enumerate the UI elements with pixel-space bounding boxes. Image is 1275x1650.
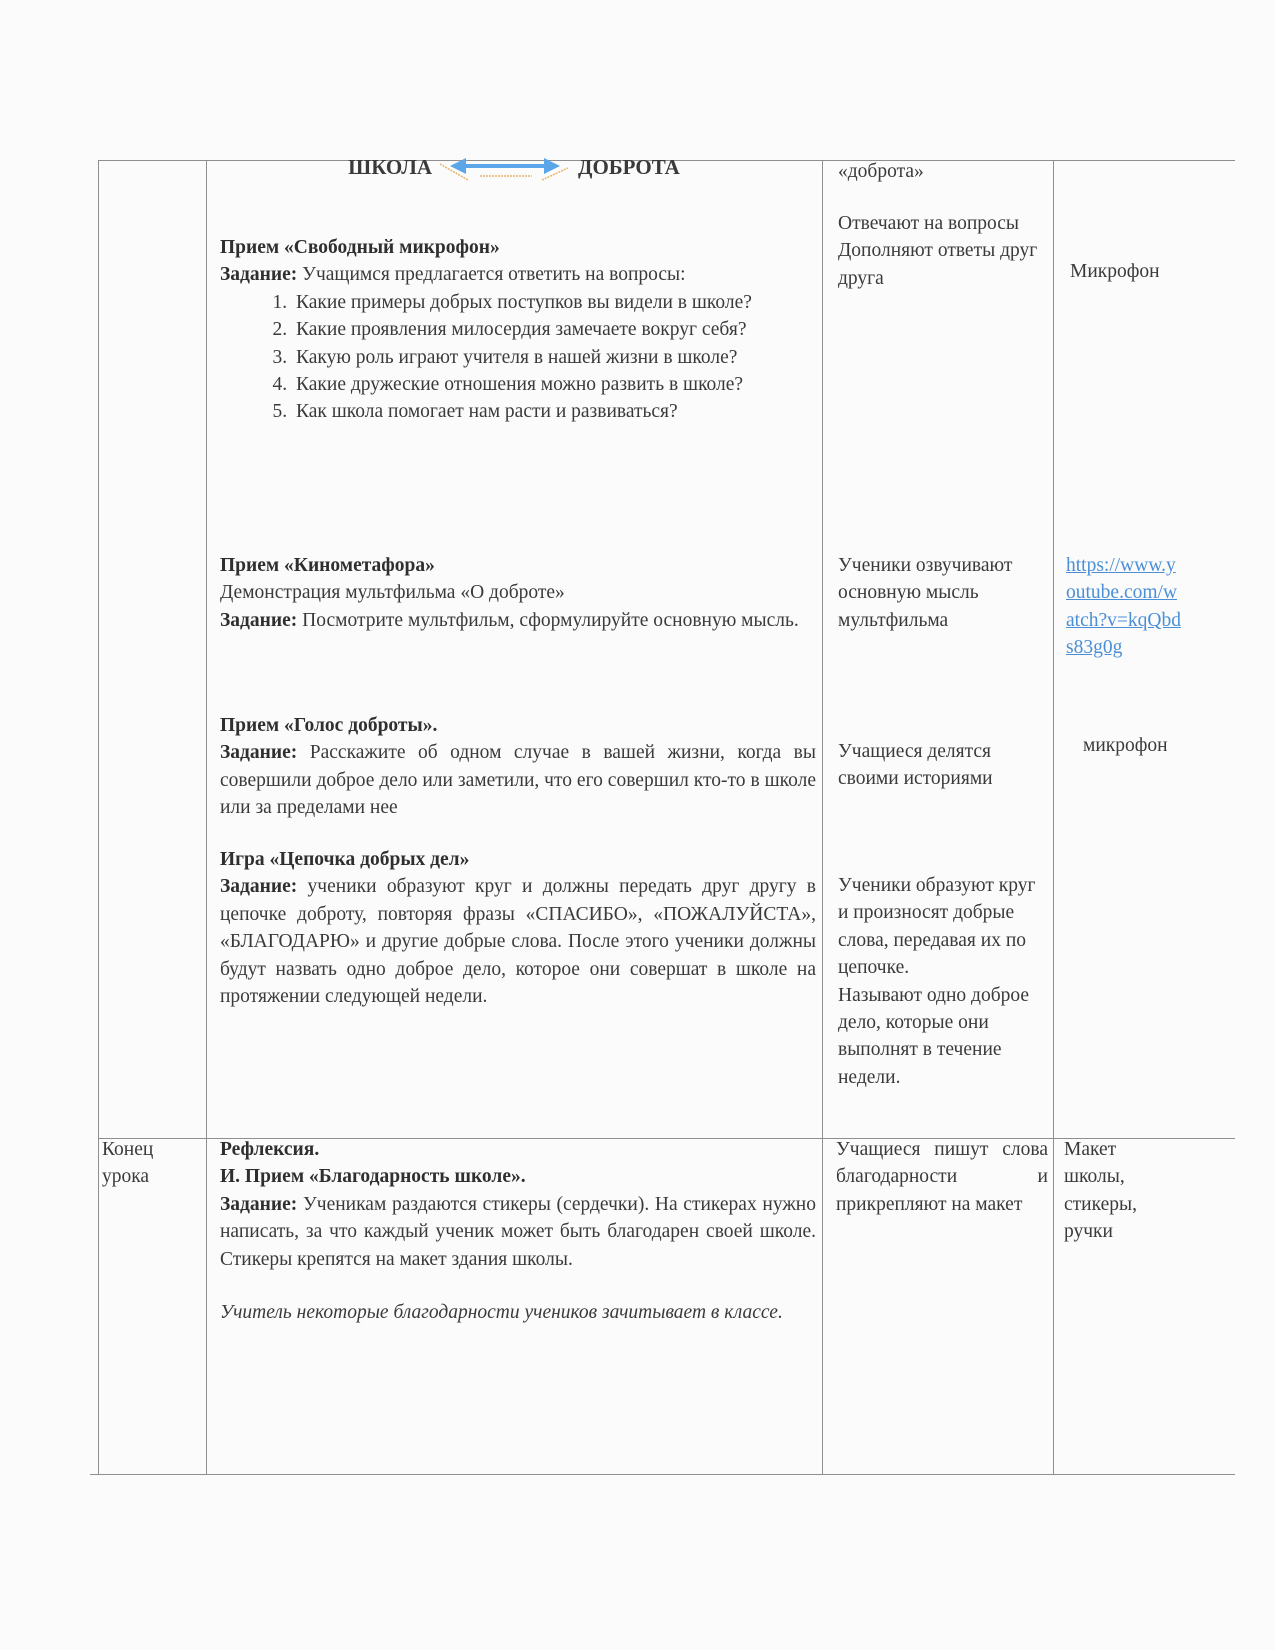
resource-video-link[interactable]: https://www.youtube.com/watch?v=kqQbds83… [1066, 552, 1184, 662]
col-border-activity [1053, 160, 1054, 1475]
stage-end-of-lesson: Конец урока [102, 1136, 202, 1191]
activity-text: Отвечают на вопросы [838, 210, 1038, 237]
section-reflection: Рефлексия. И. Прием «Благодарность школе… [220, 1136, 816, 1326]
task-label: Задание: [220, 264, 297, 285]
question-list: Какие примеры добрых поступков вы видели… [220, 289, 816, 426]
task-label: Задание: [220, 742, 297, 763]
task-text: Учащимся предлагается ответить на вопрос… [297, 264, 685, 285]
section-chain-game: Игра «Цепочка добрых дел» Задание: учени… [220, 846, 816, 1010]
teacher-note: Учитель некоторые благодарности учеников… [220, 1299, 816, 1326]
task-text: Посмотрите мультфильм, сформулируйте осн… [297, 610, 798, 631]
resource-microphone-2: микрофон [1083, 732, 1233, 759]
col-border-left [98, 160, 99, 1475]
question-item: Какие проявления милосердия замечаете во… [292, 316, 816, 343]
task-text: ученики образуют круг и должны передать … [220, 876, 816, 1007]
task-label: Задание: [220, 1194, 297, 1215]
section-kinometafora: Прием «Кинометафора» Демонстрация мультф… [220, 552, 816, 634]
task-text: Расскажите об одном случае в вашей жизни… [220, 742, 816, 818]
task-label: Задание: [220, 610, 297, 631]
activity-microphone: Отвечают на вопросы Дополняют ответы дру… [838, 210, 1038, 292]
task-text: Ученикам раздаются стикеры (сердечки). Н… [220, 1194, 816, 1270]
cartoon-demo-text: Демонстрация мультфильма «О доброте» [220, 579, 816, 606]
youtube-link[interactable]: https://www.youtube.com/watch?v=kqQbds83… [1066, 555, 1181, 658]
activity-text: Называют одно доброе дело, которые они в… [838, 982, 1043, 1092]
resource-reflection: Макет школы, стикеры, ручки [1064, 1136, 1174, 1246]
activity-text: Дополняют ответы друг друга [838, 237, 1038, 292]
activity-chain-game: Ученики образуют круг и произносят добры… [838, 872, 1043, 1091]
task-label: Задание: [220, 876, 297, 897]
title-kindness: ДОБРОТА [578, 154, 680, 181]
activity-voice-of-kindness: Учащиеся делятся своими историями [838, 738, 1008, 793]
section-heading: Прием «Голос доброты». [220, 715, 437, 736]
section-heading: Прием «Свободный микрофон» [220, 237, 500, 258]
activity-reflection: Учащиеся пишут слова благодарности и при… [836, 1136, 1048, 1218]
gratitude-heading: И. Прием «Благодарность школе». [220, 1166, 526, 1187]
table-bottom-border [90, 1474, 1235, 1475]
resource-microphone: Микрофон [1070, 258, 1230, 285]
activity-kinometafora: Ученики озвучивают основную мысль мультф… [838, 552, 1050, 634]
title-school: ШКОЛА [348, 154, 432, 181]
col-border-content [822, 160, 823, 1475]
col-border-stage [206, 160, 207, 1475]
section-voice-of-kindness: Прием «Голос доброты». Задание: Расскажи… [220, 712, 816, 822]
section-free-microphone: Прием «Свободный микрофон» Задание: Учащ… [220, 234, 816, 426]
section-heading: Прием «Кинометафора» [220, 555, 435, 576]
lesson-plan-table: ШКОЛА ДОБРОТА «доброта» Прием «Свободный… [98, 160, 1235, 1535]
question-item: Какую роль играют учителя в нашей жизни … [292, 344, 816, 371]
question-item: Как школа помогает нам расти и развивать… [292, 398, 816, 425]
section-heading: Игра «Цепочка добрых дел» [220, 849, 469, 870]
double-arrow-icon [440, 154, 570, 182]
question-item: Какие дружеские отношения можно развить … [292, 371, 816, 398]
activity-kindness-word: «доброта» [838, 158, 1048, 185]
activity-text: Ученики образуют круг и произносят добры… [838, 872, 1043, 982]
school-kindness-title: ШКОЛА ДОБРОТА [208, 154, 820, 194]
question-item: Какие примеры добрых поступков вы видели… [292, 289, 816, 316]
reflection-heading: Рефлексия. [220, 1139, 319, 1160]
